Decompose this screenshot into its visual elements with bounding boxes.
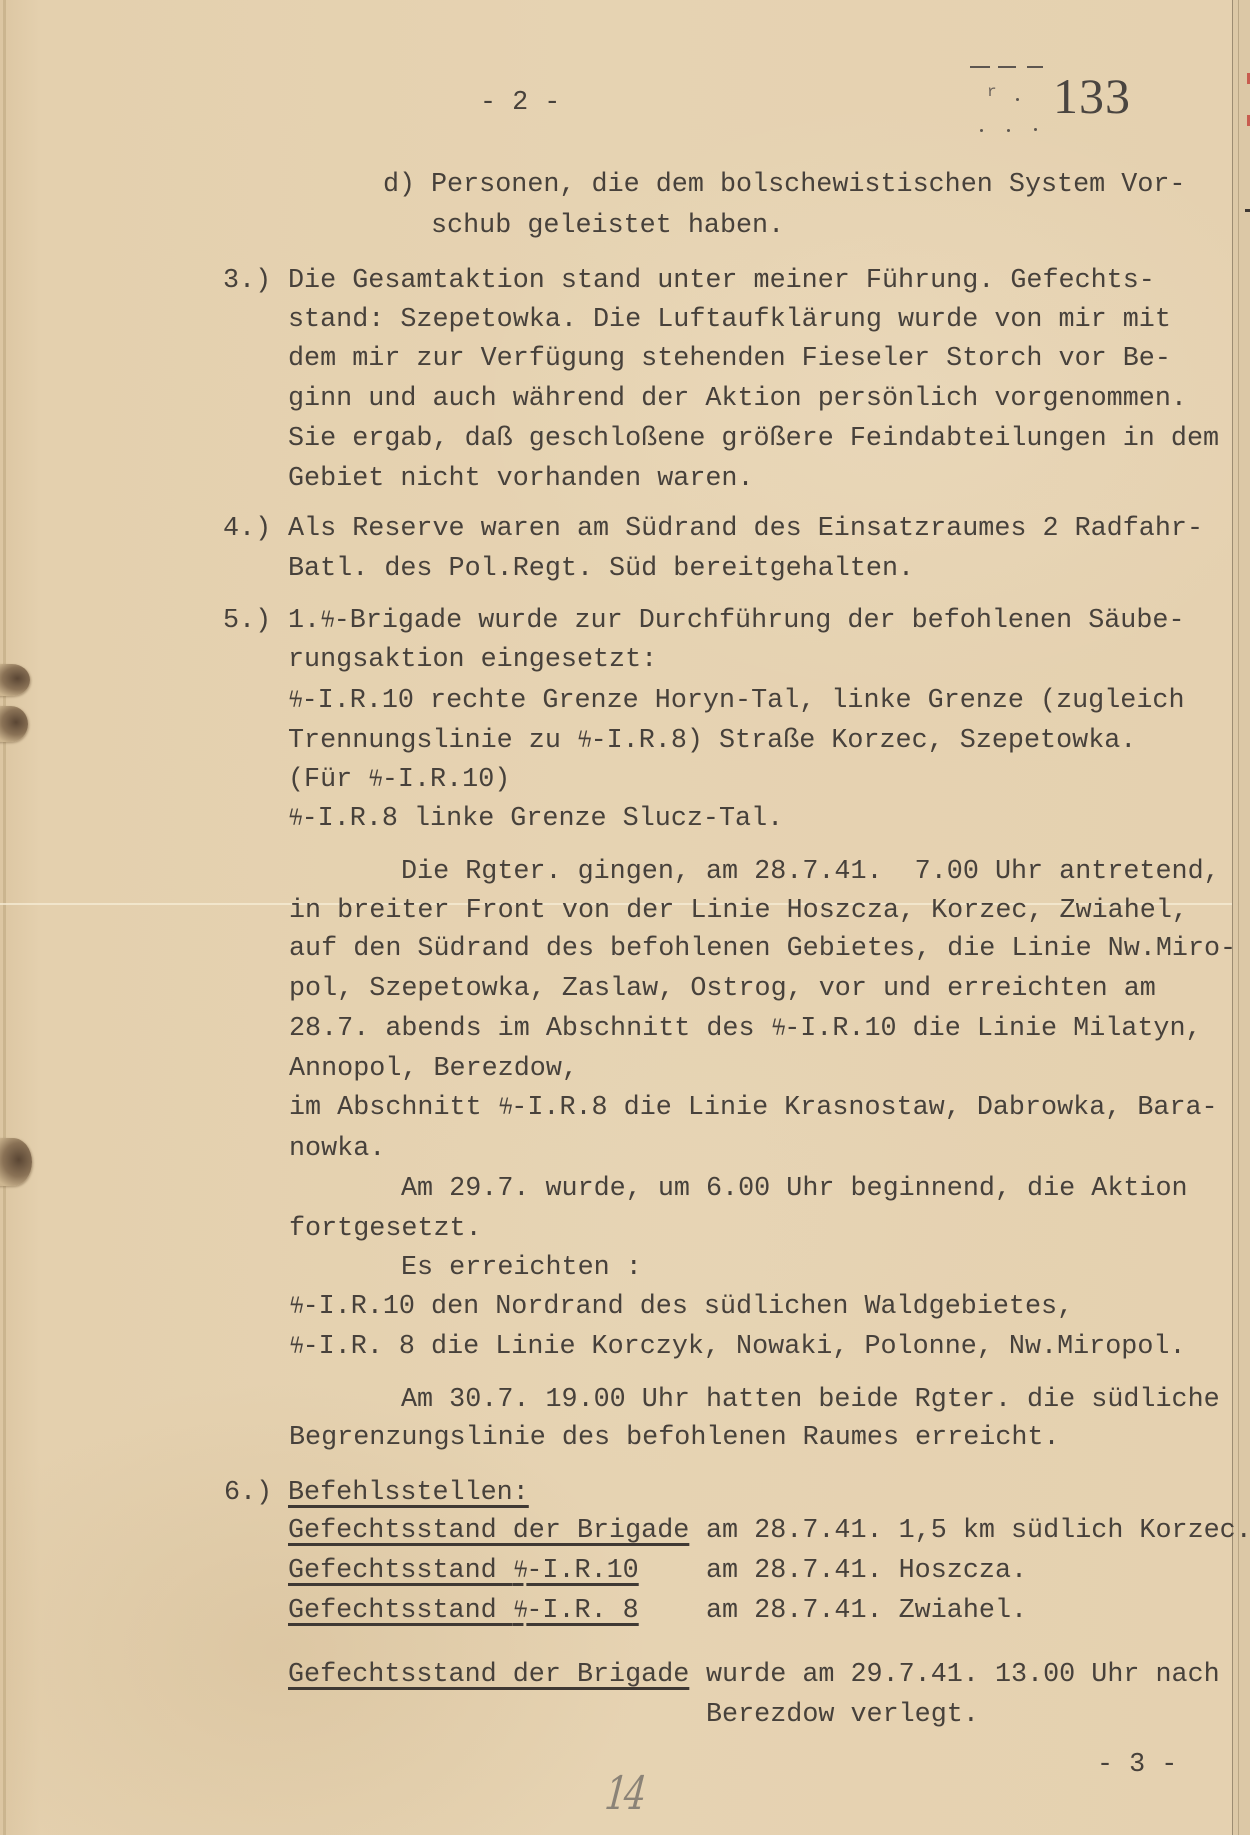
command-post-value: am 28.7.41. Hoszcza. xyxy=(706,1551,1027,1591)
text-line: Personen, die dem bolschewistischen Syst… xyxy=(431,165,1185,205)
text-line: fortgesetzt. xyxy=(289,1209,482,1249)
stamp-dot xyxy=(1034,128,1037,131)
command-post-label: Gefechtsstand der Brigade xyxy=(288,1511,689,1551)
ss-rune-glyph: ϟϟ xyxy=(288,799,298,839)
punch-hole xyxy=(0,706,28,742)
command-post-label: Gefechtsstand ϟϟ-I.R. 8 xyxy=(288,1591,639,1631)
text-line: 1.ϟϟ-Brigade wurde zur Durchführung der … xyxy=(288,601,1185,641)
stamp-dot xyxy=(1016,98,1019,101)
sheet-edge-line xyxy=(1238,0,1239,1835)
section-title: Befehlsstellen: xyxy=(288,1473,529,1513)
text-line: (Für ϟϟ-I.R.10) xyxy=(288,760,510,800)
paragraph-first-line: Am 29.7. wurde, um 6.00 Uhr beginnend, d… xyxy=(401,1169,1188,1209)
command-post-value: am 28.7.41. Zwiahel. xyxy=(706,1591,1027,1631)
ss-rune-glyph: ϟϟ xyxy=(771,1009,781,1049)
text-line: pol, Szepetowka, Zaslaw, Ostrog, vor und… xyxy=(289,969,1156,1009)
stamp-dash xyxy=(970,66,990,68)
text-line: ϟϟ-I.R. 8 die Linie Korczyk, Nowaki, Pol… xyxy=(289,1327,1186,1367)
stamp-dash xyxy=(1027,66,1043,68)
command-post-value: am 28.7.41. 1,5 km südlich Korzec. xyxy=(706,1511,1250,1551)
ss-rune-glyph: ϟϟ xyxy=(288,681,298,721)
next-page-marker: - 3 - xyxy=(1097,1745,1177,1785)
ss-rune-glyph: ϟϟ xyxy=(289,1287,299,1327)
section-number: 4.) xyxy=(223,509,271,549)
text-line: dem mir zur Verfügung stehenden Fieseler… xyxy=(288,339,1171,379)
ss-rune-glyph: ϟϟ xyxy=(513,1551,523,1591)
punch-hole xyxy=(0,664,30,696)
ss-rune-glyph: ϟϟ xyxy=(577,721,587,761)
text-line: 28.7. abends im Abschnitt des ϟϟ-I.R.10 … xyxy=(289,1009,1202,1049)
relocation-value: wurde am 29.7.41. 13.00 Uhr nach xyxy=(706,1655,1220,1695)
ss-rune-glyph: ϟϟ xyxy=(498,1088,508,1128)
text-line: auf den Südrand des befohlenen Gebietes,… xyxy=(289,929,1236,969)
stamp-dot xyxy=(980,129,983,132)
paragraph-first-line: Am 30.7. 19.00 Uhr hatten beide Rgter. d… xyxy=(401,1380,1220,1420)
item-marker: d) xyxy=(383,165,415,205)
ss-rune-glyph: ϟϟ xyxy=(513,1591,523,1631)
paragraph-first-line: Es erreichten : xyxy=(401,1248,642,1288)
text-line: in breiter Front von der Linie Hoszcza, … xyxy=(289,891,1188,931)
text-line: ϟϟ-I.R.10 rechte Grenze Horyn-Tal, linke… xyxy=(288,681,1185,721)
text-line: Als Reserve waren am Südrand des Einsatz… xyxy=(288,509,1203,549)
relocation-label: Gefechtsstand der Brigade xyxy=(288,1655,689,1695)
section-number: 3.) xyxy=(223,261,271,301)
text-line: ϟϟ-I.R.10 den Nordrand des südlichen Wal… xyxy=(289,1287,1073,1327)
text-line: Trennungslinie zu ϟϟ-I.R.8) Straße Korze… xyxy=(288,721,1136,761)
relocation-value: Berezdow verlegt. xyxy=(706,1695,979,1735)
text-line: Begrenzungslinie des befohlenen Raumes e… xyxy=(289,1418,1060,1458)
page-number-marker: - 2 - xyxy=(480,83,560,123)
paragraph-first-line: Die Rgter. gingen, am 28.7.41. 7.00 Uhr … xyxy=(401,852,1220,892)
ss-rune-glyph: ϟϟ xyxy=(368,760,378,800)
text-line: schub geleistet haben. xyxy=(431,206,784,246)
section-number: 5.) xyxy=(223,601,271,641)
text-line: ϟϟ-I.R.8 linke Grenze Slucz-Tal. xyxy=(288,799,783,839)
stamp-mark: r xyxy=(987,72,997,112)
text-line: Batl. des Pol.Regt. Süd bereitgehalten. xyxy=(288,549,914,589)
dark-edge-mark xyxy=(1245,209,1250,212)
text-line: Die Gesamtaktion stand unter meiner Führ… xyxy=(288,261,1155,301)
page-left-edge xyxy=(3,0,6,1835)
handwritten-pencil-note: 14 xyxy=(603,1768,646,1818)
text-line: im Abschnitt ϟϟ-I.R.8 die Linie Krasnost… xyxy=(289,1088,1218,1128)
stamp-dot xyxy=(1007,129,1010,132)
ss-rune-glyph: ϟϟ xyxy=(289,1327,299,1367)
text-line: ginn und auch während der Aktion persönl… xyxy=(288,379,1187,419)
section-number: 6.) xyxy=(224,1473,272,1513)
text-line: Sie ergab, daß geschloßene größere Feind… xyxy=(288,419,1219,459)
text-line: Annopol, Berezdow, xyxy=(289,1049,578,1089)
punch-hole xyxy=(0,1138,32,1186)
ss-rune-glyph: ϟϟ xyxy=(320,601,330,641)
text-line: rungsaktion eingesetzt: xyxy=(288,640,657,680)
text-line: nowka. xyxy=(289,1129,385,1169)
document-page: - 2 - r 133 d) Personen, die dem bolsche… xyxy=(0,0,1250,1835)
text-line: Gebiet nicht vorhanden waren. xyxy=(288,459,754,499)
command-post-label: Gefechtsstand ϟϟ-I.R.10 xyxy=(288,1551,639,1591)
stamp-dash xyxy=(998,66,1016,68)
text-line: stand: Szepetowka. Die Luftaufklärung wu… xyxy=(288,300,1171,340)
folio-stamp-number: 133 xyxy=(1053,71,1131,121)
underlying-sheet-edge xyxy=(1232,0,1250,1835)
